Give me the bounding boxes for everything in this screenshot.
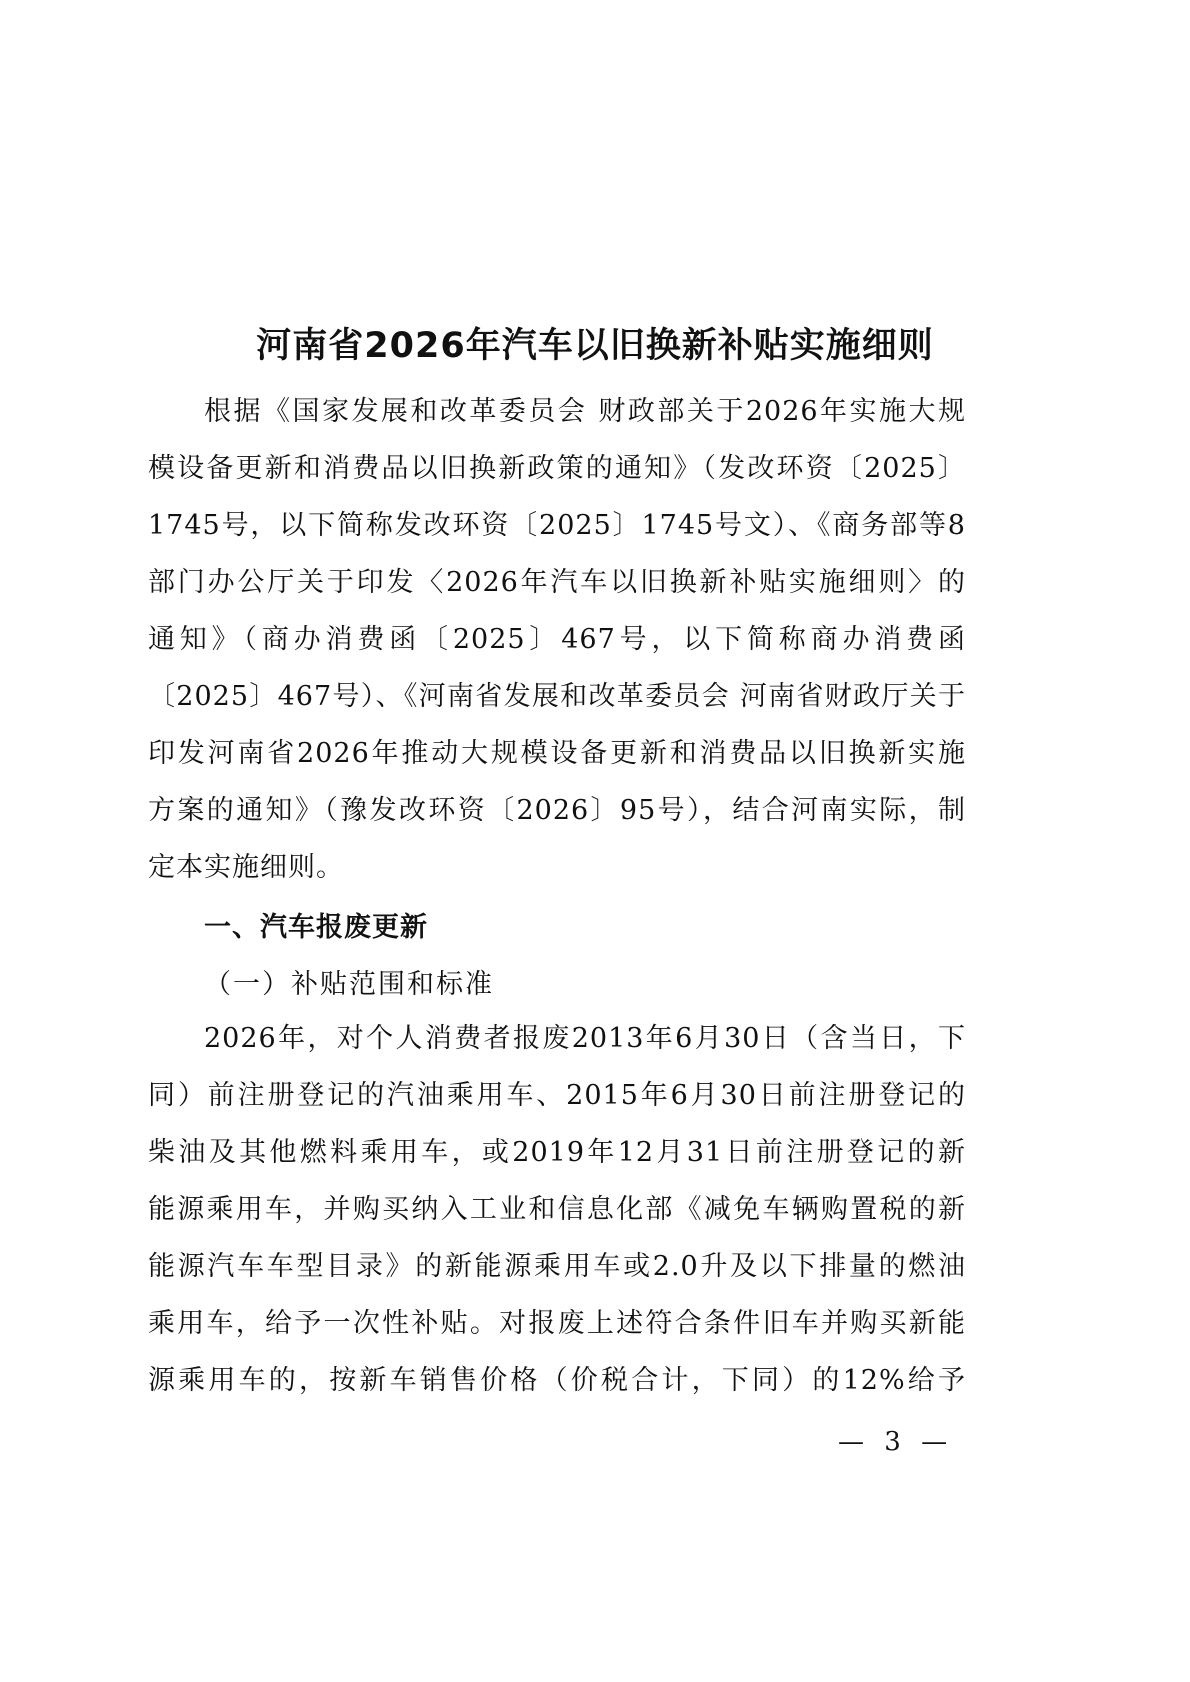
paragraph-line: 根据《国家发展和改革委员会 财政部关于2026年实施大规: [204, 392, 966, 432]
paragraph-line: 能源乘用车，并购买纳入工业和信息化部《减免车辆购置税的新: [148, 1190, 966, 1230]
document-title: 河南省2026年汽车以旧换新补贴实施细则: [0, 318, 1190, 368]
subsection-heading: （一）补贴范围和标准: [204, 962, 494, 1001]
paragraph-line: 方案的通知》（豫发改环资〔2026〕95号），结合河南实际，制: [148, 791, 966, 831]
paragraph-line: 能源汽车车型目录》的新能源乘用车或2.0升及以下排量的燃油: [148, 1247, 966, 1287]
paragraph-line: 印发河南省2026年推动大规模设备更新和消费品以旧换新实施: [148, 734, 966, 774]
paragraph-line: 2026年，对个人消费者报废2013年6月30日（含当日，下: [204, 1019, 966, 1059]
section-heading: 一、汽车报废更新: [204, 905, 428, 944]
paragraph-line: 模设备更新和消费品以旧换新政策的通知》（发改环资〔2025〕: [148, 449, 966, 489]
paragraph-line: 源乘用车的，按新车销售价格（价税合计，下同）的12%给予: [148, 1361, 966, 1401]
paragraph-line: 通知》（商办消费函〔2025〕467号，以下简称商办消费函: [148, 620, 966, 660]
paragraph-line: 1745号，以下简称发改环资〔2025〕1745号文）、《商务部等8: [148, 506, 966, 546]
paragraph-line: 乘用车，给予一次性补贴。对报废上述符合条件旧车并购买新能: [148, 1304, 966, 1344]
paragraph-line: 同）前注册登记的汽油乘用车、2015年6月30日前注册登记的: [148, 1076, 966, 1116]
paragraph-line: 部门办公厅关于印发〈2026年汽车以旧换新补贴实施细则〉的: [148, 563, 966, 603]
paragraph-line: 〔2025〕467号）、《河南省发展和改革委员会 河南省财政厅关于: [148, 677, 966, 717]
paragraph-line: 柴油及其他燃料乘用车，或2019年12月31日前注册登记的新: [148, 1133, 966, 1173]
paragraph-line: 定本实施细则。: [148, 848, 966, 888]
page-number: — 3 —: [838, 1427, 953, 1457]
